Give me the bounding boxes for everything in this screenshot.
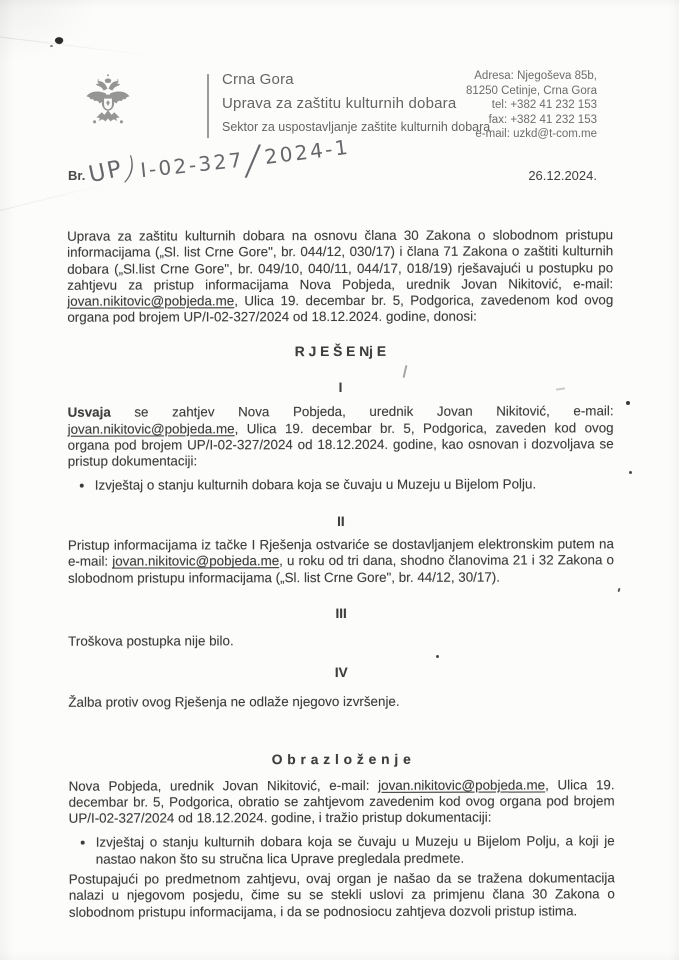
org-name: Uprava za zaštitu kulturnih dobara (222, 95, 490, 112)
section-numeral-2: II (68, 513, 614, 531)
address-line: e-mail: uzkd@t-com.me (466, 127, 597, 142)
scanned-document-page: Crna Gora Uprava za zaštitu kulturnih do… (0, 0, 679, 960)
handwritten-reference-number: UP)I-02-327/2024-1 (87, 137, 351, 185)
closing-paragraph: Postupajući po predmetnom zahtjevu, ovaj… (69, 870, 615, 920)
address-line: fax: +382 41 232 153 (466, 113, 597, 128)
org-country: Crna Gora (222, 71, 490, 88)
handwriting-segment: I-02-327 (139, 148, 245, 183)
org-block: Crna Gora Uprava za zaštitu kulturnih do… (222, 71, 490, 134)
address-line: 81250 Cetinje, Crna Gora (466, 84, 597, 99)
montenegro-coat-of-arms-icon (84, 72, 132, 138)
handwriting-segment: 2024-1 (263, 135, 351, 169)
section4-paragraph: Žalba protiv ovog Rješenja ne odlaže nje… (68, 693, 614, 711)
email-text: jovan.nikitovic@pobjeda.me (112, 554, 279, 569)
paper-crease-artifact (0, 36, 161, 58)
section2-paragraph: Pristup informacijama iz tačke I Rješenj… (68, 536, 614, 586)
rationale-list: Izvještaj o stanju kulturnih dobara koja… (69, 834, 615, 868)
handwriting-segment: ) (121, 158, 138, 180)
address-block: Adresa: Njegoševa 85b, 81250 Cetinje, Cr… (466, 69, 597, 142)
decision-heading: R J E Š E Nj E (67, 343, 613, 361)
rationale-heading: O b r a z l o ž e n j e (68, 752, 614, 770)
document-body: Uprava za zaštitu kulturnih dobara na os… (67, 227, 615, 920)
handwriting-segment: / (245, 150, 262, 171)
section-numeral-4: IV (68, 664, 614, 682)
org-sector: Sektor za uspostavljanje zaštite kulturn… (222, 120, 490, 134)
section1-list: Izvještaj o stanju kulturnih dobara koja… (68, 476, 614, 494)
ink-dot-artifact (629, 471, 632, 474)
section1-text: se zahtjev Nova Pobjeda, urednik Jovan N… (111, 404, 614, 420)
rationale-paragraph: Nova Pobjeda, urednik Jovan Nikitović, e… (69, 777, 615, 827)
list-item: Izvještaj o stanju kulturnih dobara koja… (96, 834, 615, 868)
document-date: 26.12.2024. (528, 168, 597, 183)
address-line: tel: +382 41 232 153 (466, 98, 597, 113)
email-text: jovan.nikitovic@pobjeda.me (67, 293, 234, 308)
header-divider (207, 74, 209, 138)
ink-dot-artifact (617, 588, 620, 592)
ink-speck-artifact (50, 45, 53, 47)
section-numeral-3: III (68, 605, 614, 623)
address-line: Adresa: Njegoševa 85b, (466, 69, 597, 84)
email-text: jovan.nikitovic@pobjeda.me (378, 777, 545, 792)
email-text: jovan.nikitovic@pobjeda.me (68, 421, 235, 436)
list-item: Izvještaj o stanju kulturnih dobara koja… (95, 476, 614, 494)
ink-blot-artifact (54, 36, 64, 46)
section1-paragraph: Usvaja se zahtjev Nova Pobjeda, urednik … (68, 404, 614, 471)
ink-dot-artifact (626, 401, 630, 405)
intro-paragraph: Uprava za zaštitu kulturnih dobara na os… (67, 227, 613, 326)
intro-text: Uprava za zaštitu kulturnih dobara na os… (67, 227, 613, 292)
section-numeral-1: I (67, 379, 613, 397)
lead-word: Usvaja (68, 405, 111, 420)
reference-number-label: Br. (68, 168, 85, 183)
rationale-text: Nova Pobjeda, urednik Jovan Nikitović, e… (69, 777, 379, 793)
section3-paragraph: Troškova postupka nije bilo. (68, 633, 614, 651)
